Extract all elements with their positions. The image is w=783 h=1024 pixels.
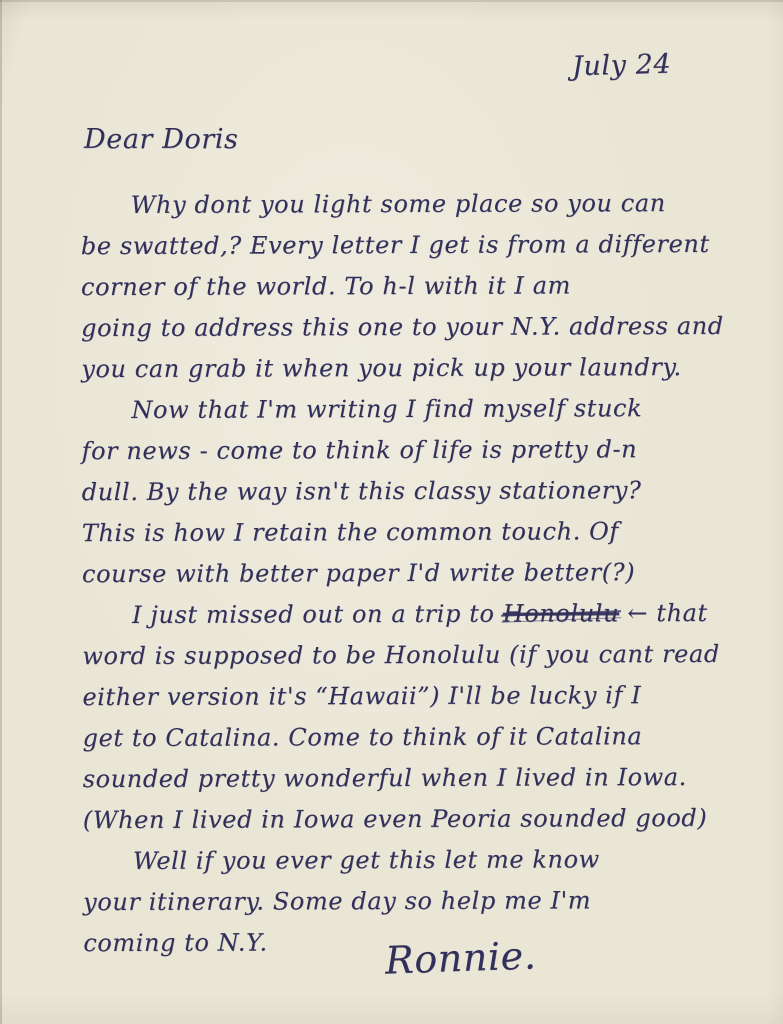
- letter-salutation: Dear Doris: [84, 124, 239, 155]
- letter-line: Why dont you light some place so you can: [81, 183, 732, 226]
- letter-line: (When I lived in Iowa even Peoria sounde…: [83, 798, 734, 841]
- line-text: corner of the world. To h-l with it I am: [81, 271, 571, 301]
- letter-line: be swatted,? Every letter I get is from …: [81, 224, 732, 267]
- line-text: course with better paper I'd write bette…: [82, 558, 635, 588]
- line-text: be swatted,? Every letter I get is from …: [81, 230, 710, 260]
- line-text: sounded pretty wonderful when I lived in…: [83, 763, 687, 793]
- letter-page: July 24 Dear Doris Why dont you light so…: [0, 0, 783, 1024]
- line-text: ← that: [619, 599, 708, 627]
- line-text: either version it's “Hawaii”) I'll be lu…: [82, 681, 641, 711]
- line-text: I just missed out on a trip to: [132, 600, 503, 629]
- letter-line: This is how I retain the common touch. O…: [82, 511, 733, 554]
- line-text: your itinerary. Some day so help me I'm: [83, 886, 591, 916]
- line-text: This is how I retain the common touch. O…: [82, 517, 619, 547]
- line-text: Why dont you light some place so you can: [131, 189, 666, 219]
- paragraph: Why dont you light some place so you can…: [81, 183, 733, 390]
- letter-line: get to Catalina. Come to think of it Cat…: [83, 716, 734, 759]
- line-text: Now that I'm writing I find myself stuck: [131, 394, 642, 424]
- letter-line: for news - come to think of life is pret…: [82, 429, 733, 472]
- line-text: for news - come to think of life is pret…: [82, 435, 638, 465]
- letter-line: Now that I'm writing I find myself stuck: [81, 388, 732, 431]
- line-text: going to address this one to your N.Y. a…: [81, 312, 724, 342]
- letter-line: sounded pretty wonderful when I lived in…: [83, 757, 734, 800]
- line-text: (When I lived in Iowa even Peoria sounde…: [83, 804, 708, 834]
- line-text: dull. By the way isn't this classy stati…: [82, 476, 642, 506]
- paragraph: I just missed out on a trip to Honolulu …: [82, 593, 734, 841]
- line-text: word is supposed to be Honolulu (if you …: [82, 640, 720, 670]
- letter-line: your itinerary. Some day so help me I'm: [83, 880, 734, 923]
- letter-line: Well if you ever get this let me know: [83, 839, 734, 882]
- line-text: you can grab it when you pick up your la…: [81, 353, 682, 383]
- letter-line: course with better paper I'd write bette…: [82, 552, 733, 595]
- letter-body: Why dont you light some place so you can…: [81, 183, 735, 964]
- letter-date: July 24: [572, 49, 672, 83]
- letter-line: either version it's “Hawaii”) I'll be lu…: [82, 675, 733, 718]
- letter-signature: Ronnie.: [384, 933, 537, 982]
- letter-line: corner of the world. To h-l with it I am: [81, 265, 732, 308]
- letter-line: you can grab it when you pick up your la…: [81, 347, 732, 390]
- letter-line: I just missed out on a trip to Honolulu …: [82, 593, 733, 636]
- paragraph: Now that I'm writing I find myself stuck…: [81, 388, 733, 595]
- strikethrough-word: Honolulu: [503, 599, 619, 627]
- line-text: get to Catalina. Come to think of it Cat…: [83, 722, 643, 752]
- line-text: Well if you ever get this let me know: [133, 845, 600, 875]
- letter-line: dull. By the way isn't this classy stati…: [82, 470, 733, 513]
- letter-line: word is supposed to be Honolulu (if you …: [82, 634, 733, 677]
- letter-line: going to address this one to your N.Y. a…: [81, 306, 732, 349]
- line-text: coming to N.Y.: [83, 928, 267, 957]
